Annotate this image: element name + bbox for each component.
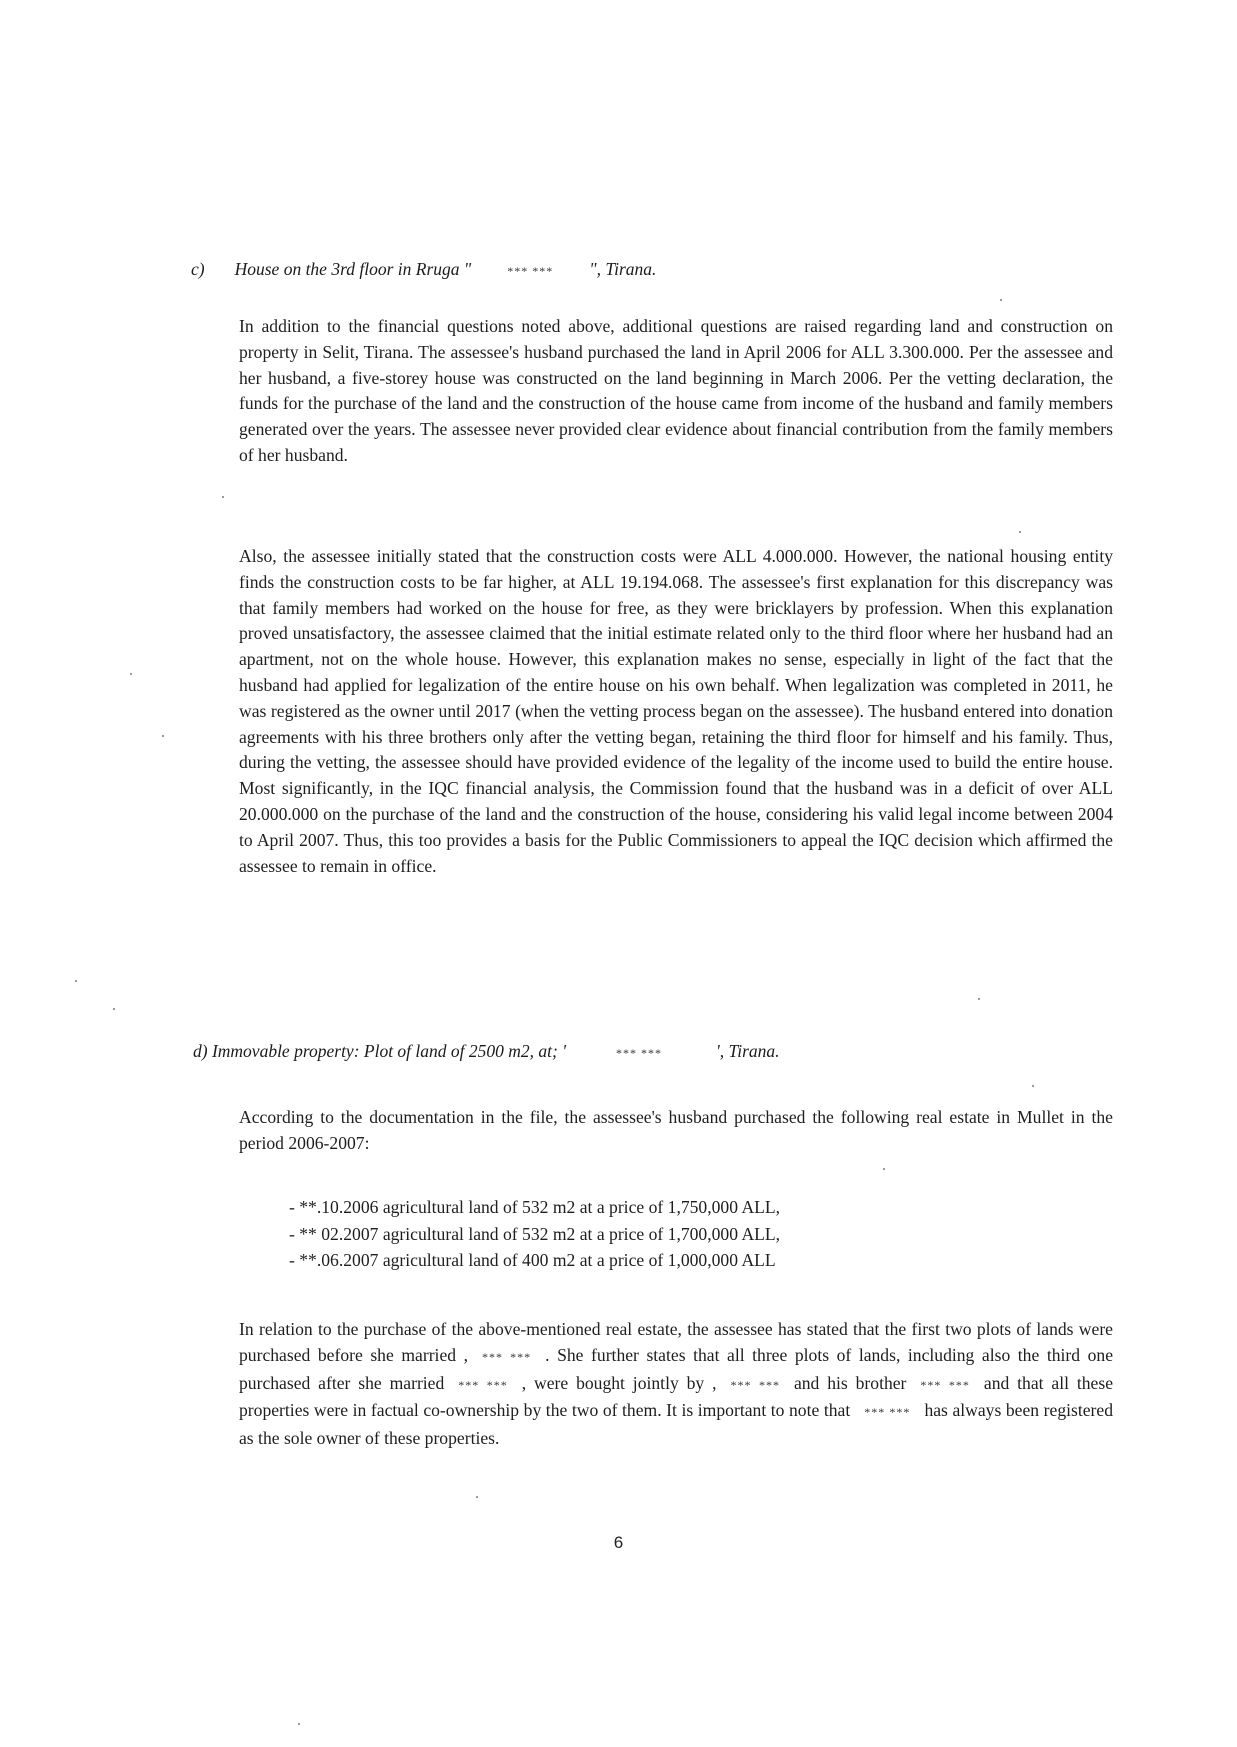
scan-speck <box>978 998 980 1000</box>
section-c-paragraph-1: In addition to the financial questions n… <box>239 314 1113 469</box>
purchase-item: - **.10.2006 agricultural land of 532 m2… <box>289 1194 989 1221</box>
purchase-list: - **.10.2006 agricultural land of 532 m2… <box>289 1194 989 1274</box>
scan-speck <box>222 496 224 498</box>
section-c-heading: c)House on the 3rd floor in Rruga "*** *… <box>191 259 656 280</box>
scan-speck <box>476 1496 478 1498</box>
scan-speck <box>162 735 164 737</box>
document-page: c)House on the 3rd floor in Rruga "*** *… <box>0 0 1237 1747</box>
redacted-street-name: *** *** <box>471 264 589 278</box>
page-number: 6 <box>0 1533 1237 1553</box>
redacted-name: *** *** <box>906 1378 983 1392</box>
scan-speck <box>298 1723 300 1725</box>
section-c-paragraph-2: Also, the assessee initially stated that… <box>239 544 1113 879</box>
closing-text-4: and his brother <box>794 1373 906 1393</box>
purchase-item: - ** 02.2007 agricultural land of 532 m2… <box>289 1221 989 1248</box>
scan-speck <box>1000 299 1002 301</box>
paragraph-text: According to the documentation in the fi… <box>239 1105 1113 1157</box>
purchase-item: - **.06.2007 agricultural land of 400 m2… <box>289 1247 989 1274</box>
section-c-label: c) <box>191 259 205 279</box>
scan-speck <box>1019 531 1021 533</box>
paragraph-text: Also, the assessee initially stated that… <box>239 544 1113 879</box>
scan-speck <box>1032 1085 1034 1087</box>
scan-speck <box>130 673 132 675</box>
scan-speck <box>75 980 77 982</box>
scan-speck <box>113 1008 115 1010</box>
redacted-name: *** *** <box>468 1350 545 1364</box>
paragraph-text: In relation to the purchase of the above… <box>239 1317 1113 1452</box>
section-c-title-prefix: House on the 3rd floor in Rruga " <box>235 259 472 279</box>
section-d-closing: In relation to the purchase of the above… <box>239 1317 1113 1452</box>
paragraph-text: In addition to the financial questions n… <box>239 314 1113 469</box>
scan-speck <box>883 1168 885 1170</box>
section-c-title-suffix: ", Tirana. <box>589 259 656 279</box>
section-d-intro: According to the documentation in the fi… <box>239 1105 1113 1157</box>
redacted-name: *** *** <box>850 1405 924 1419</box>
section-d-heading: d) Immovable property: Plot of land of 2… <box>193 1041 780 1062</box>
closing-text-3: , were bought jointly by , <box>522 1373 717 1393</box>
section-d-title-suffix: ', Tirana. <box>716 1041 780 1061</box>
redacted-name: *** *** <box>444 1378 521 1392</box>
redacted-location: *** *** <box>566 1046 716 1060</box>
redacted-name: *** *** <box>716 1378 793 1392</box>
section-d-title-prefix: d) Immovable property: Plot of land of 2… <box>193 1041 566 1061</box>
